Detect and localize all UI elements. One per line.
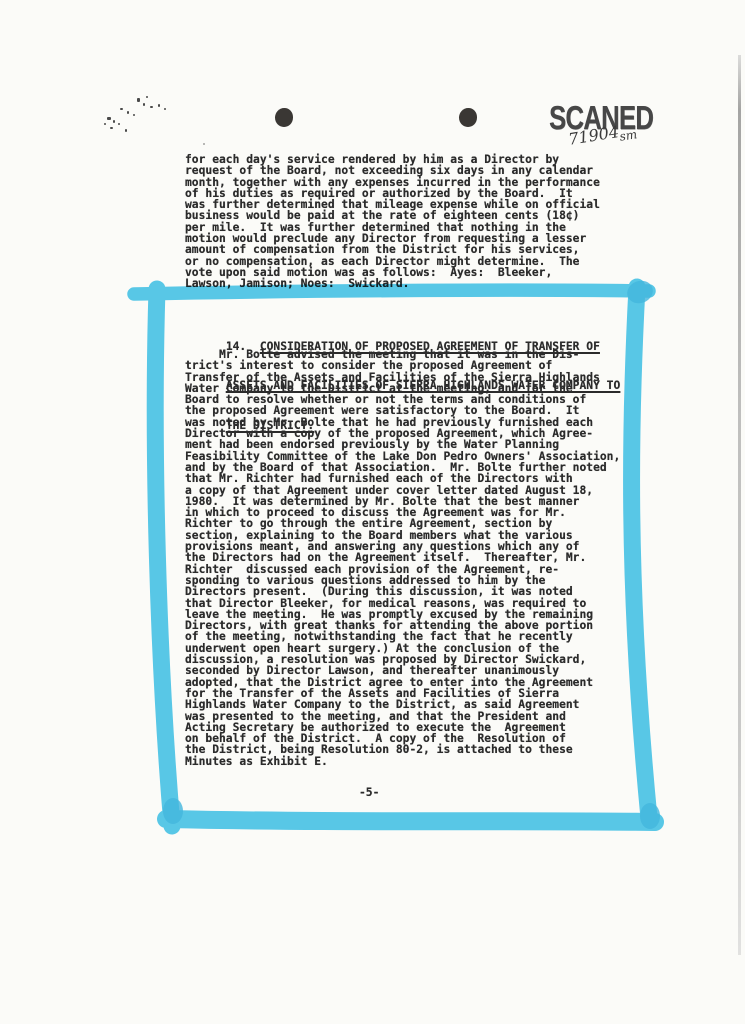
hole-punch-dot-left [275, 108, 293, 127]
handwritten-initials: sm [619, 127, 639, 144]
scan-edge-line [738, 55, 741, 955]
page-number: -5- [359, 787, 379, 798]
scanned-document-page: SCANED 71904sm for each day's service re… [0, 0, 745, 1024]
paragraph-compensation: for each day's service rendered by him a… [185, 154, 600, 290]
hole-punch-dot-right [459, 108, 477, 127]
paragraph-agreement-discussion: Mr. Bolte advised the meeting that it wa… [185, 349, 620, 767]
